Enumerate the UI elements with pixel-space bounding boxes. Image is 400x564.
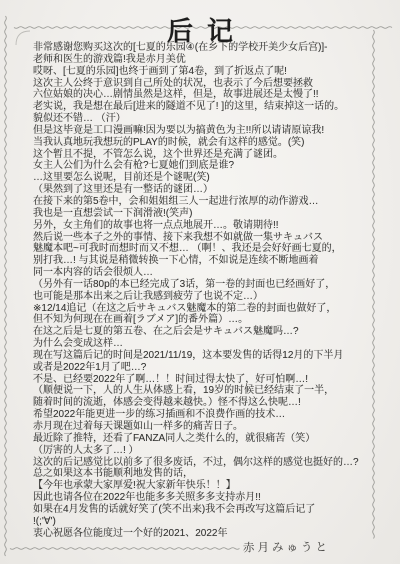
text-line: 当我认真地玩我想玩的PLAY的时候，就会有这样的感觉。(笑) <box>33 137 383 149</box>
text-line: 在接下来的第5卷中，会和姐姐组三人一起进行浓厚的动作游戏… <box>33 196 383 208</box>
text-line: 我也是一直想尝试一下润滑液!(笑声) <box>33 208 383 220</box>
text-line: 赤月现在过着每天课题如山一样多的痛苦日子。 <box>33 421 383 433</box>
text-line: 在这之后是七夏的第五卷、在之后会是サキュバス魅魔吗…? <box>33 326 383 338</box>
text-line: 这次的后记感觉比以前多了很多废话，不过，偶尔这样的感觉也挺好的…? <box>33 457 383 469</box>
text-line: 现在写这篇后记的时间是2021/11/19，这本要发售的话得12月的下半月 <box>33 350 383 362</box>
text-line: 如果在4月发售的话就好笑了(笑不出来)我不会再改写这篇后记了 <box>33 504 383 516</box>
text-line: 这个暂且不提，不管怎么说，这个世界还是充满了谜团。 <box>33 149 383 161</box>
text-line: （果然到了这里还是有一整话的谜团…） <box>33 184 383 196</box>
text-line: 六位姑娘的决心…剧情虽然是这样，但是，故事进展还是太慢了!! <box>33 89 383 101</box>
text-line: 女主人公们为什么会有枪?七夏她们到底是谁? <box>33 160 383 172</box>
text-line: 不是、已经要2022年了啊…！！时间过得太快了，好可怕啊…! <box>33 374 383 386</box>
text-line: 老实说，我是想在最后[进来的隧道不见了! ]的这里，结束掉这一话的。 <box>33 101 383 113</box>
text-line: 也可能是那本出来之后让我感到疲劳了也说不定…） <box>33 291 383 303</box>
text-line: 【今年也承蒙大家厚爱!祝大家新年快乐！！】 <box>33 480 383 492</box>
text-line: 同一本内容的话会很烦人… <box>33 267 383 279</box>
text-line: 另外，女主角们的故事也将一点点地展开…。敬请期待!! <box>33 220 383 232</box>
text-line: 随着时间的流逝，体感会变得越来越快。）怪不得这么快呢…! <box>33 397 383 409</box>
text-line: 最近除了推特，还看了FANZA同人之类什么的，就很痛苦（笑） <box>33 433 383 445</box>
wavy-border-left-icon <box>3 16 9 558</box>
text-line: 这次主人公终于意识到自己所处的状况，也表示了今后想要拯救 <box>33 78 383 90</box>
text-line: 但是这毕竟是工口漫画嘛!因为要以为搞黄色为主!!所以请请原谅我! <box>33 125 383 137</box>
text-line: 老师和医生的游戏篇!我是赤月美优 <box>33 54 383 66</box>
wavy-border-bottom-icon <box>10 546 242 552</box>
text-line: 魅魔本吧~可我时而想时而又不想… （啊！、我还是会好好画七夏的， <box>33 243 383 255</box>
author-signature: 赤月みゅうと <box>243 539 330 556</box>
text-line: 或者是2022年1月了吧…? <box>33 362 383 374</box>
text-line: ※12/14追记（在这之后サキュバス魅魔本的第二卷的封面也做好了， <box>33 303 383 315</box>
text-line: （顺便说一下，人的人生从体感上看，19岁的时候已经结束了一半， <box>33 385 383 397</box>
afterword-body: 非常感谢您购买这次的[七夏的乐园④(在乡下的学校开美少女后宫)]-老师和医生的游… <box>33 42 383 539</box>
text-line: 总之如果这本书能顺利地发售的话， <box>33 468 383 480</box>
text-line: 希望2022年能更进一步的练习插画和不浪费作画的技术… <box>33 409 383 421</box>
text-line: 然后说一些本子之外的事情、接下来我想不如就做一集サキュバス <box>33 232 383 244</box>
text-line: 别打我…! 与其说是稍微转换一下心情，不如说是连续不断地画着 <box>33 255 383 267</box>
text-line: 貌似还不错… （汗） <box>33 113 383 125</box>
text-line: 为什么会变成这样… <box>33 338 383 350</box>
text-line: （厉害的人太多了…! ） <box>33 445 383 457</box>
text-line: （另外有一话80p的本已经完成了3话，第一卷的封面也已经画好了， <box>33 279 383 291</box>
afterword-page: 后记 非常感谢您购买这次的[七夏的乐园④(在乡下的学校开美少女后宫)]-老师和医… <box>0 0 400 564</box>
text-line: 非常感谢您购买这次的[七夏的乐园④(在乡下的学校开美少女后宫)]- <box>33 42 383 54</box>
text-line: 哎呀、[七夏的乐园]也终于画到了第4卷，到了折返点了呢! <box>33 66 383 78</box>
text-line: …这里要怎么说呢，目前还是个谜呢(笑) <box>33 172 383 184</box>
text-line: 衷心祝愿各位能度过一个好的2021、2022年 <box>33 528 383 540</box>
text-line: 但不知为何现在在画着[ラブメア]的番外篇）…。 <box>33 314 383 326</box>
text-line: 因此也请各位在2022年也能多多关照多多支持赤月!! <box>33 492 383 504</box>
text-line: !(;'∀') <box>33 516 383 528</box>
